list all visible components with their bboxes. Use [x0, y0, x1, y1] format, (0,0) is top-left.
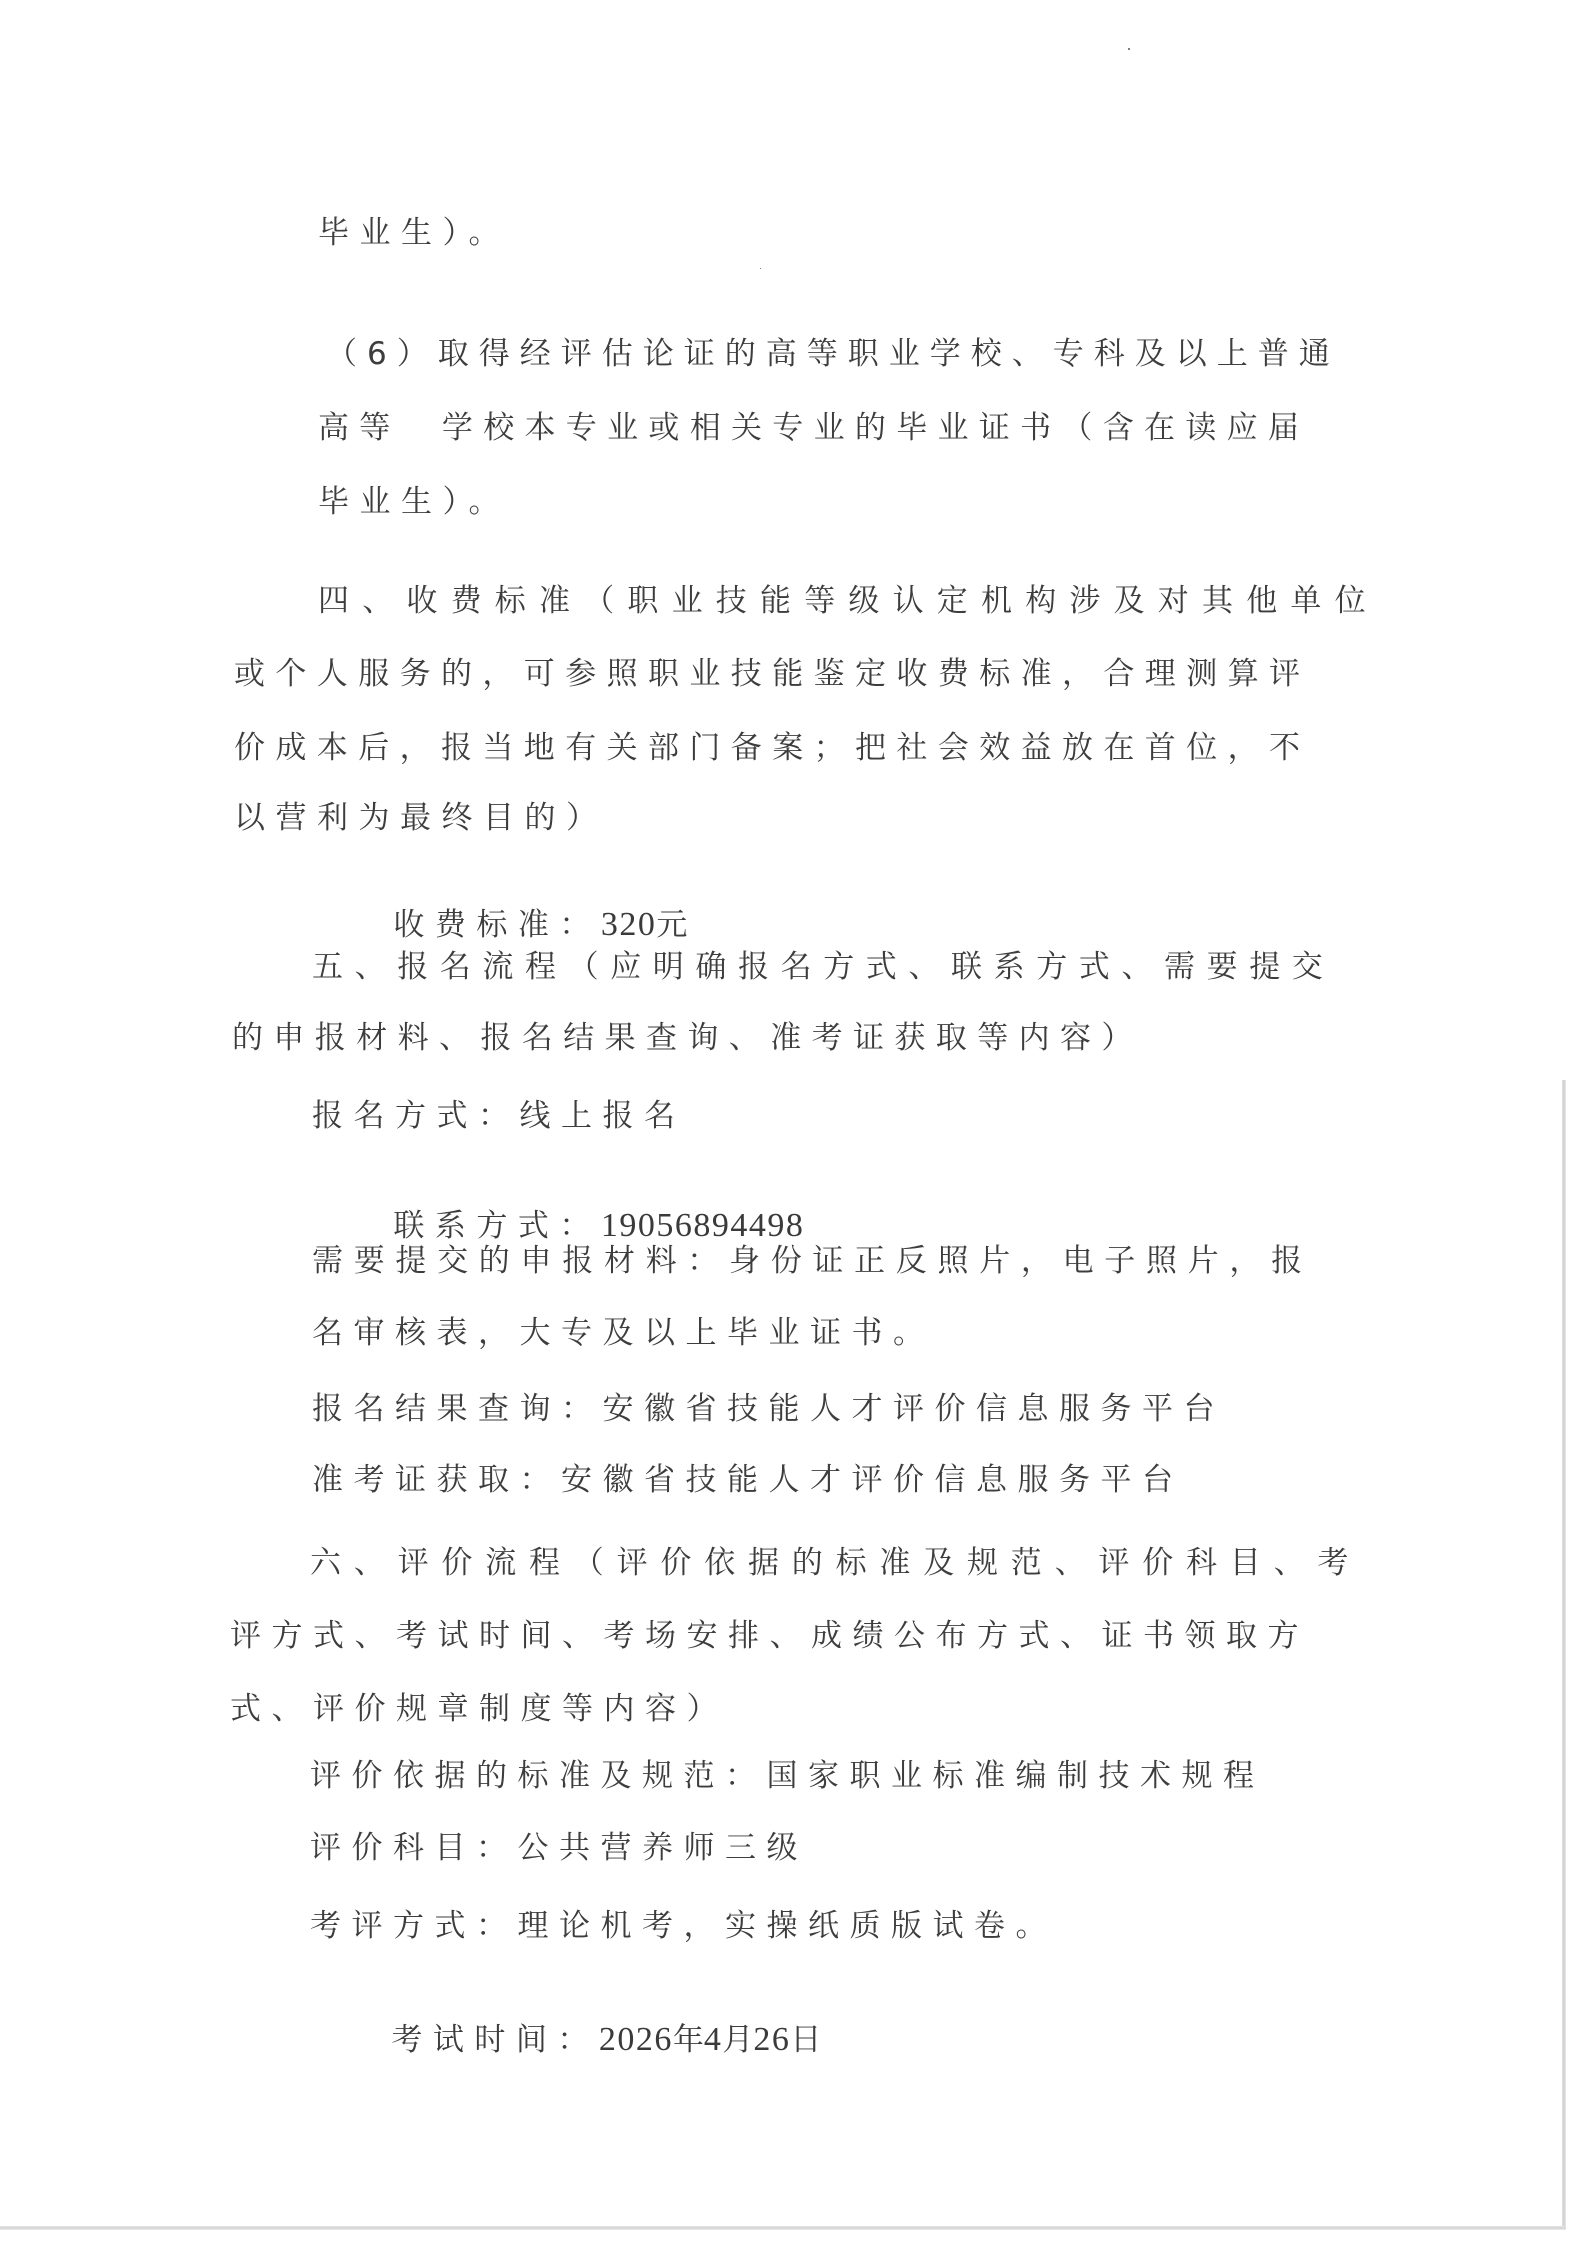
fee-amount: 320	[601, 906, 657, 943]
contact-phone: 19056894498	[601, 1207, 805, 1244]
scan-speck	[760, 268, 761, 269]
registration-admission-ticket: 准考证获取：安徽省技能人才评价信息服务平台	[312, 1462, 1184, 1498]
exam-month: 4	[704, 2021, 723, 2058]
fee-label: 收费标准：	[393, 907, 601, 943]
text-line: 毕业生）。	[318, 215, 510, 251]
fee-note-line-4: 以营利为最终目的）	[234, 800, 608, 836]
evaluation-note-line-2: 评方式、考试时间、考场安排、成绩公布方式、证书领取方	[230, 1618, 1309, 1654]
scan-speck	[1128, 48, 1130, 50]
document-page: 毕业生）。 （6）取得经评估论证的高等职业学校、专科及以上普通 高等 学校本专业…	[0, 0, 1587, 2243]
exam-day-unit: 日	[790, 2022, 832, 2058]
evaluation-note-line-3: 式、评价规章制度等内容）	[230, 1691, 728, 1727]
evaluation-method: 考评方式：理论机考，实操纸质版试卷。	[310, 1908, 1057, 1944]
registration-section-heading: 五、报名流程（应明确报名方式、联系方式、需要提交	[312, 949, 1334, 985]
fee-section-heading: 四、收费标准（职业技能等级认定机构涉及对其他单位	[318, 583, 1379, 619]
evaluation-subject: 评价科目：公共营养师三级	[310, 1830, 808, 1866]
exam-year: 2026	[599, 2021, 673, 2058]
fee-note-line-3: 价成本后，报当地有关部门备案；把社会效益放在首位，不	[234, 730, 1310, 766]
qualification-6-line-1: （6）取得经评估论证的高等职业学校、专科及以上普通	[326, 336, 1340, 372]
scan-edge-bottom	[0, 2226, 1566, 2230]
evaluation-section-heading: 六、评价流程（评价依据的标准及规范、评价科目、考	[310, 1545, 1361, 1581]
fee-note-line-2: 或个人服务的，可参照职业技能鉴定收费标准，合理测算评	[234, 656, 1310, 692]
registration-result-query: 报名结果查询：安徽省技能人才评价信息服务平台	[312, 1391, 1225, 1427]
registration-materials-line-2: 名审核表，大专及以上毕业证书。	[312, 1315, 935, 1351]
exam-year-unit: 年	[673, 2022, 704, 2058]
registration-method: 报名方式：线上报名	[312, 1098, 686, 1134]
evaluation-exam-date: 考试时间：2026年4月26日	[310, 1986, 832, 2094]
registration-note-line-2: 的申报材料、报名结果查询、准考证获取等内容）	[232, 1020, 1143, 1056]
contact-label: 联系方式：	[393, 1208, 601, 1244]
exam-date-label: 考试时间：	[391, 2022, 599, 2058]
evaluation-standard: 评价依据的标准及规范：国家职业标准编制技术规程	[310, 1758, 1265, 1794]
qualification-6-line-3: 毕业生）。	[318, 484, 510, 520]
registration-materials-line-1: 需要提交的申报材料：身份证正反照片，电子照片，报	[312, 1243, 1313, 1279]
scan-edge-right	[1562, 1080, 1566, 2230]
exam-month-unit: 月	[722, 2022, 753, 2058]
exam-day: 26	[753, 2021, 790, 2058]
fee-currency: 元	[656, 907, 698, 943]
qualification-6-line-2: 高等 学校本专业或相关专业的毕业证书（含在读应届	[318, 410, 1309, 446]
